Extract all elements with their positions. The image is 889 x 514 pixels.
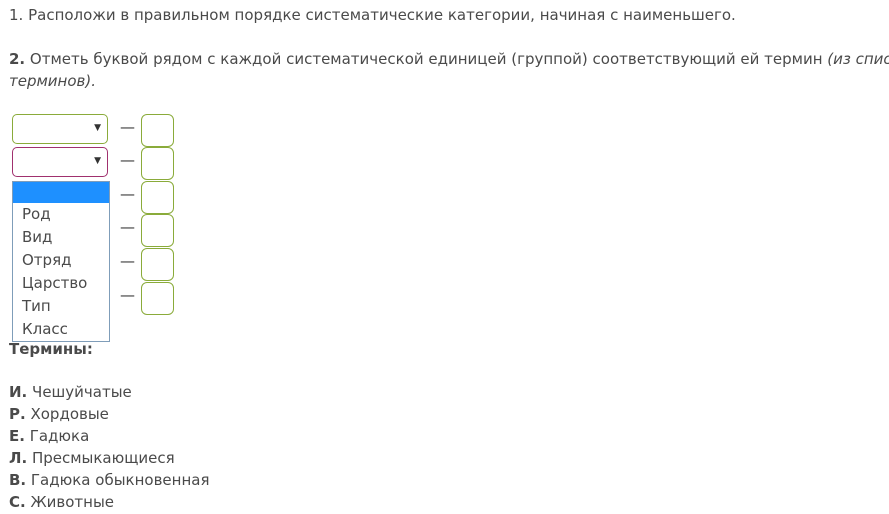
category-select[interactable]: ▼ bbox=[12, 114, 108, 144]
term-letter: Р. bbox=[9, 405, 26, 423]
chevron-down-icon: ▼ bbox=[94, 156, 101, 166]
term-letter: И. bbox=[9, 383, 27, 401]
dropdown-option[interactable]: Отряд bbox=[13, 249, 109, 272]
dropdown-option[interactable]: Класс bbox=[13, 318, 109, 341]
term-text: Животные bbox=[26, 493, 114, 511]
term-text: Чешуйчатые bbox=[27, 383, 132, 401]
letter-input[interactable] bbox=[141, 114, 174, 147]
letter-input[interactable] bbox=[141, 147, 174, 180]
letter-input[interactable] bbox=[141, 181, 174, 214]
dropdown-option[interactable]: Тип bbox=[13, 295, 109, 318]
question-1-text: Расположи в правильном порядке системати… bbox=[23, 6, 736, 24]
term-item: Р. Хордовые bbox=[9, 403, 109, 425]
term-item: Л. Пресмыкающиеся bbox=[9, 447, 175, 469]
chevron-down-icon: ▼ bbox=[94, 123, 101, 133]
question-1: 1. Расположи в правильном порядке систем… bbox=[9, 4, 736, 26]
term-item: Е. Гадюка bbox=[9, 425, 89, 447]
dropdown-option[interactable]: Царство bbox=[13, 272, 109, 295]
category-select[interactable]: ▼ bbox=[12, 147, 108, 177]
term-text: Гадюка обыкновенная bbox=[26, 471, 209, 489]
dash-separator: — bbox=[120, 118, 135, 136]
question-1-number: 1. bbox=[9, 6, 23, 24]
letter-input[interactable] bbox=[141, 248, 174, 281]
question-2-italic-2: терминов). bbox=[9, 70, 96, 92]
dropdown-option[interactable]: Вид bbox=[13, 226, 109, 249]
dash-separator: — bbox=[120, 252, 135, 270]
question-2-number: 2. bbox=[9, 50, 25, 68]
question-2-text: Отметь буквой рядом с каждой систематиче… bbox=[25, 50, 827, 68]
term-text: Хордовые bbox=[26, 405, 109, 423]
dash-separator: — bbox=[120, 151, 135, 169]
term-letter: Е. bbox=[9, 427, 25, 445]
term-letter: В. bbox=[9, 471, 26, 489]
letter-input[interactable] bbox=[141, 214, 174, 247]
question-2-italic-1: (из списка bbox=[827, 50, 889, 68]
dropdown-option[interactable]: Род bbox=[13, 203, 109, 226]
dash-separator: — bbox=[120, 286, 135, 304]
term-letter: С. bbox=[9, 493, 26, 511]
dropdown-list[interactable]: РодВидОтрядЦарствоТипКласс bbox=[12, 181, 110, 342]
term-item: С. Животные bbox=[9, 491, 114, 513]
term-text: Пресмыкающиеся bbox=[27, 449, 174, 467]
letter-input[interactable] bbox=[141, 282, 174, 315]
question-2: 2. Отметь буквой рядом с каждой системат… bbox=[9, 48, 889, 70]
term-text: Гадюка bbox=[25, 427, 89, 445]
term-letter: Л. bbox=[9, 449, 27, 467]
dash-separator: — bbox=[120, 218, 135, 236]
term-item: В. Гадюка обыкновенная bbox=[9, 469, 209, 491]
dropdown-option[interactable] bbox=[13, 182, 109, 203]
dash-separator: — bbox=[120, 185, 135, 203]
term-item: И. Чешуйчатые bbox=[9, 381, 132, 403]
